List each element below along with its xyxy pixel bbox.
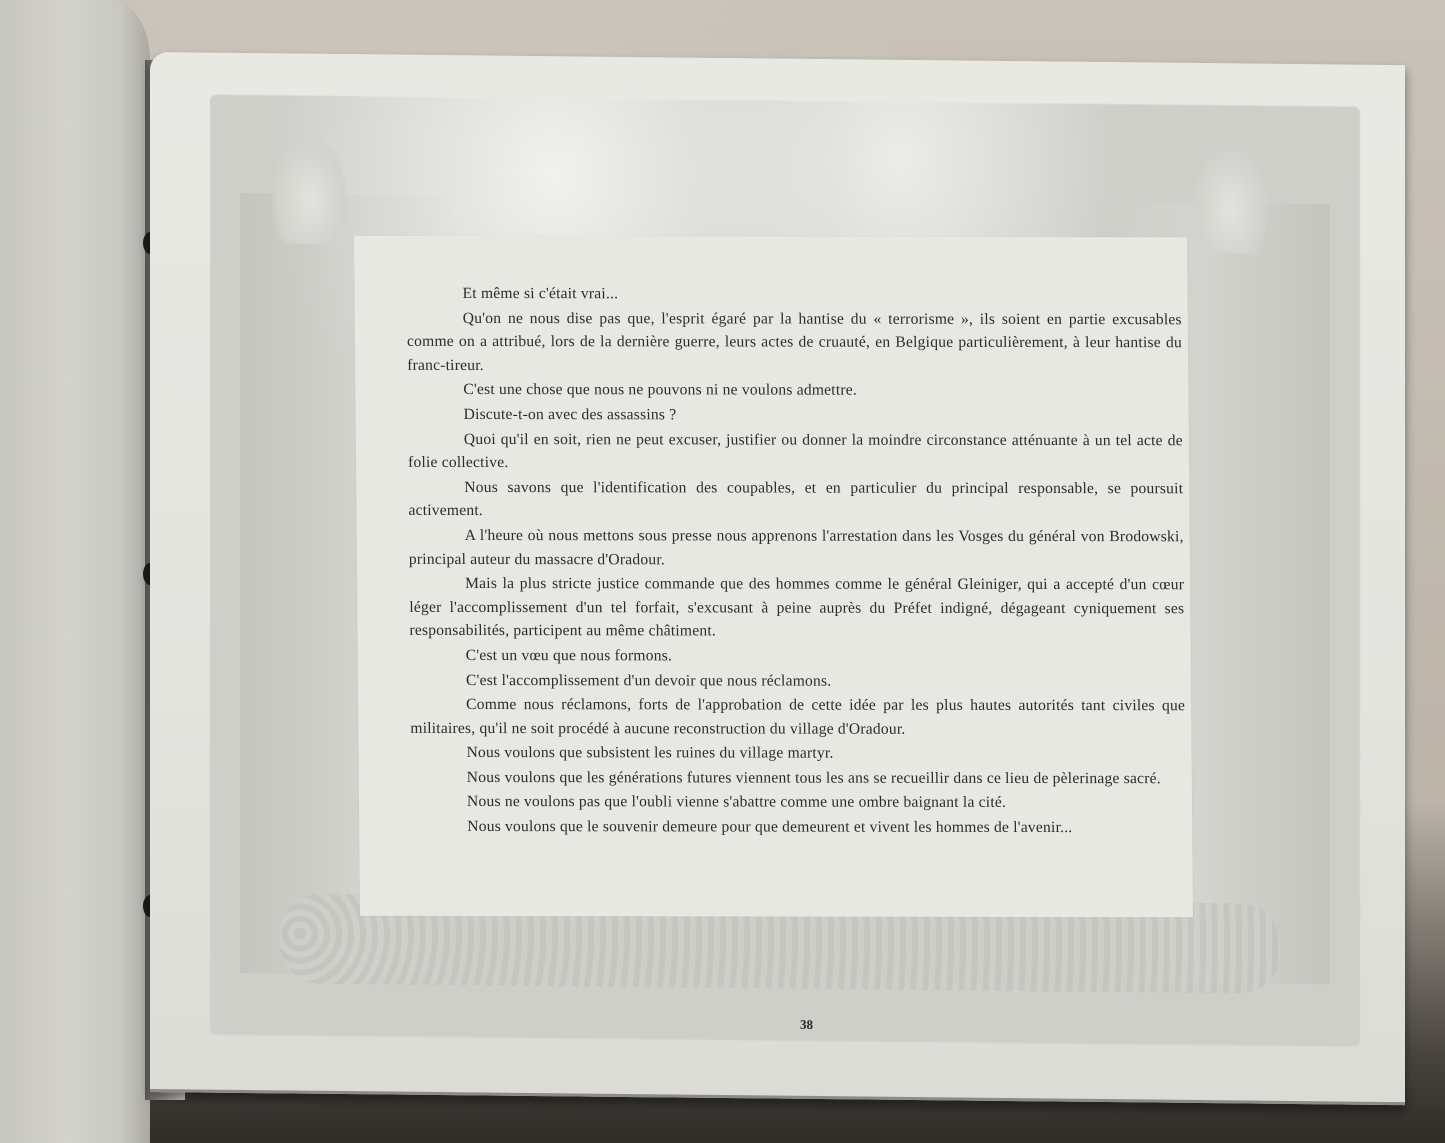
- body-text: Et même si c'était vrai... Qu'on ne nous…: [406, 282, 1186, 840]
- paragraph: C'est l'accomplissement d'un devoir que …: [410, 668, 1185, 693]
- paragraph: Nous savons que l'identification des cou…: [408, 476, 1183, 525]
- urn-left-icon: [270, 133, 350, 244]
- paragraph: C'est une chose que nous ne pouvons ni n…: [407, 378, 1182, 403]
- paragraph: Qu'on ne nous dise pas que, l'esprit éga…: [407, 306, 1183, 378]
- paragraph: Nous voulons que le souvenir demeure pou…: [411, 815, 1186, 840]
- urn-right-icon: [1190, 143, 1270, 254]
- page-number: 38: [800, 1017, 813, 1033]
- paragraph: Discute-t-on avec des assassins ?: [408, 403, 1183, 428]
- paragraph: Nous voulons que subsistent les ruines d…: [410, 741, 1185, 766]
- paragraph: A l'heure où nous mettons sous presse no…: [409, 524, 1184, 573]
- paragraph: C'est un vœu que nous formons.: [410, 644, 1185, 669]
- right-page: Et même si c'était vrai... Qu'on ne nous…: [150, 52, 1405, 1105]
- paragraph: Nous voulons que les générations futures…: [411, 766, 1186, 791]
- paragraph: Quoi qu'il en soit, rien ne peut excuser…: [408, 427, 1183, 476]
- paragraph: Mais la plus stricte justice commande qu…: [409, 572, 1185, 644]
- paragraph: Nous ne voulons pas que l'oubli vienne s…: [411, 790, 1186, 815]
- text-panel: Et même si c'était vrai... Qu'on ne nous…: [354, 236, 1193, 917]
- paragraph: Et même si c'était vrai...: [406, 282, 1181, 307]
- left-page: [0, 0, 150, 1143]
- paragraph: Comme nous réclamons, forts de l'approba…: [410, 693, 1185, 742]
